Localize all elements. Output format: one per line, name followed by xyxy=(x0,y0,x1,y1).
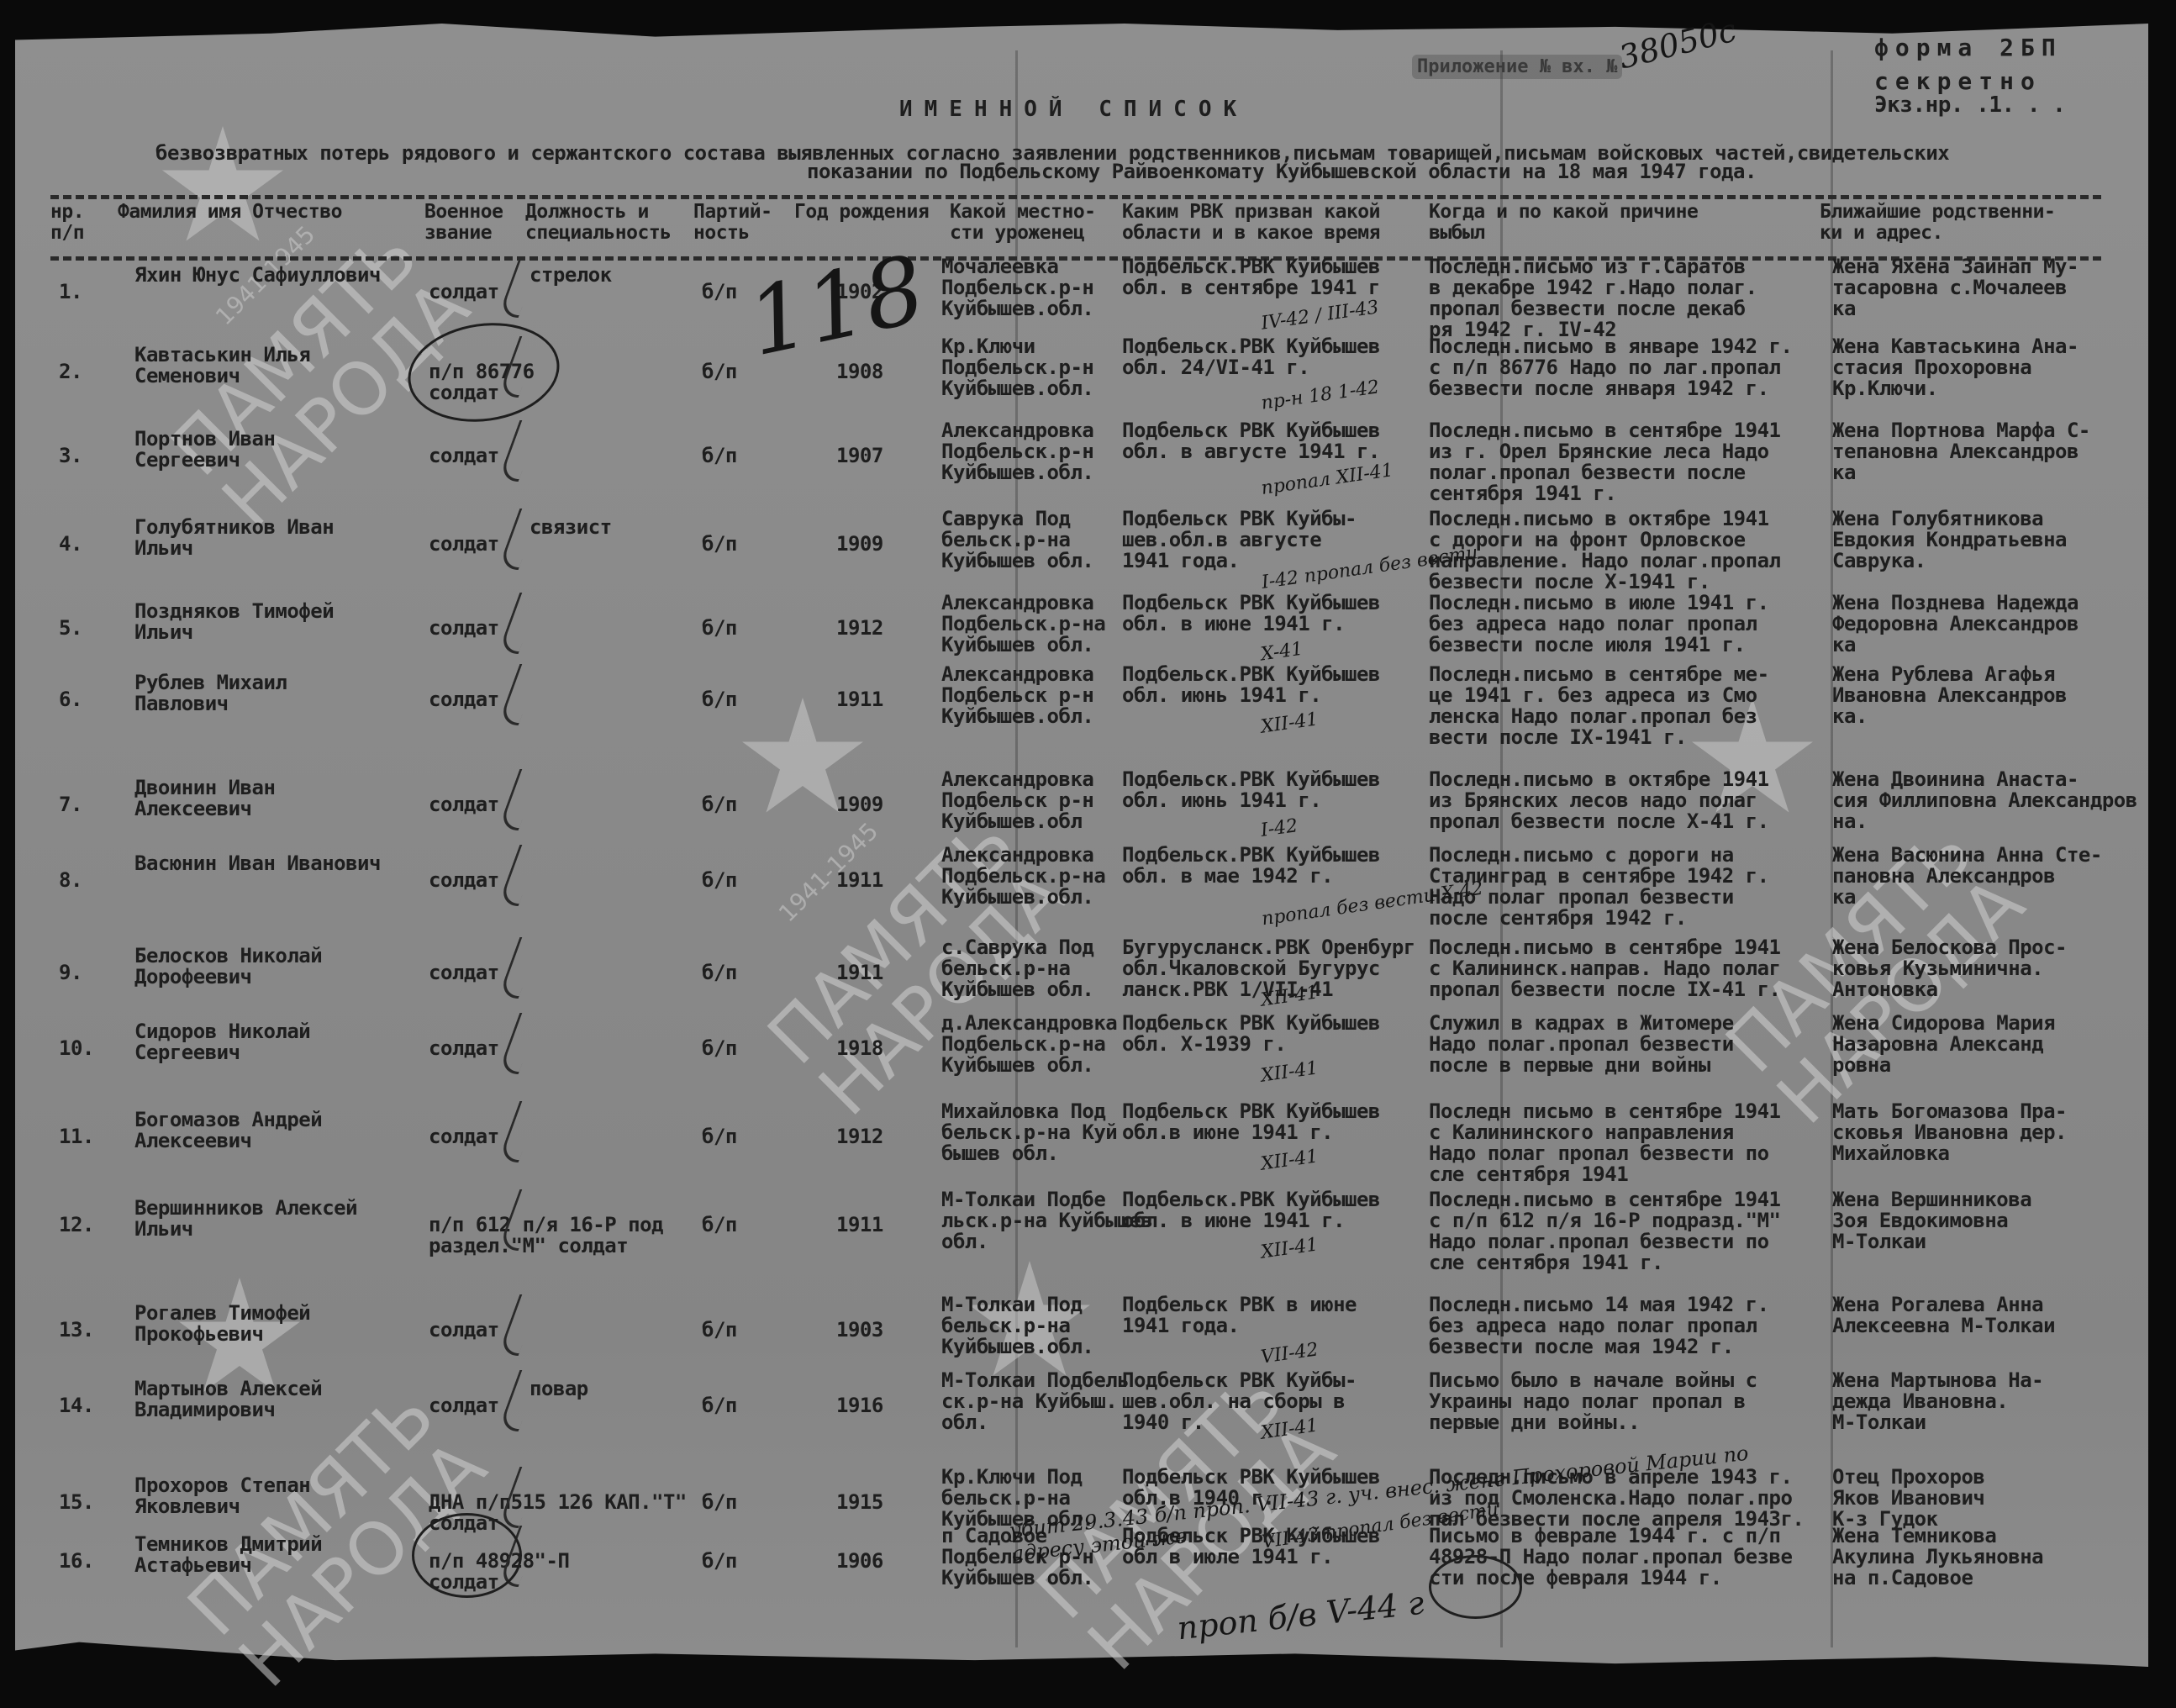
cell-birth-year: 1911 xyxy=(836,1215,883,1236)
cell-rank: солдат xyxy=(429,282,499,303)
cell-no: 11. xyxy=(59,1126,94,1147)
cell-name: Прохоров Степан Яковлевич xyxy=(134,1475,310,1517)
cell-relatives: Отец Прохоров Яков Иванович К-з Гудок xyxy=(1832,1467,1984,1530)
cell-no: 7. xyxy=(59,794,82,815)
column-header-reason: Когда и по какой причине выбыл xyxy=(1429,202,1698,244)
cell-relatives: Жена Голубятникова Евдокия Кондратьевна … xyxy=(1832,509,2067,572)
cell-drafted: Подбельск.РВК Куйбышев обл. в мае 1942 г… xyxy=(1122,845,1380,887)
column-header-party: Партий- ность xyxy=(693,202,772,244)
cell-party: б/п xyxy=(702,618,737,639)
cell-no: 9. xyxy=(59,962,82,983)
cell-birthplace: Александровка Подбельск р-н Куйбышев.обл… xyxy=(941,664,1093,727)
cell-birth-year: 1912 xyxy=(836,618,883,639)
header-rule-top xyxy=(50,195,2101,199)
cell-no: 6. xyxy=(59,689,82,710)
cell-birthplace: Александровка Подбельск.р-на Куйбышев.об… xyxy=(941,845,1105,908)
cell-rank: солдат xyxy=(429,1395,499,1416)
cell-no: 13. xyxy=(59,1320,94,1341)
cell-name: Двоинин Иван Алексеевич xyxy=(134,778,275,820)
cell-reason: Последн.письмо в сентябре ме- це 1941 г.… xyxy=(1429,664,1769,748)
cell-drafted: Подбельск РВК в июне 1941 года. xyxy=(1122,1294,1357,1336)
column-header-position: Должность и специальность xyxy=(525,202,672,244)
cell-drafted: Подбельск РВК Куйбышев обл. в августе 19… xyxy=(1122,420,1380,462)
column-header-rank: Военное звание xyxy=(424,202,503,244)
cell-name: Кавтаськин Илья Семенович xyxy=(134,345,310,387)
cell-relatives: Жена Вершинникова Зоя Евдокимовна М-Толк… xyxy=(1832,1189,2031,1252)
cell-rank: солдат xyxy=(429,1126,499,1147)
column-header-birth-year: Год рождения xyxy=(794,202,929,223)
cell-reason: Последн.письмо в июле 1941 г. без адреса… xyxy=(1429,593,1769,656)
cell-name: Белосков Николай Дорофеевич xyxy=(134,946,322,988)
cell-drafted: Подбельск РВК Куйбы- шев.обл. на сборы в… xyxy=(1122,1370,1357,1433)
cell-birth-year: 1911 xyxy=(836,962,883,983)
cell-relatives: Жена Белоскова Прос- ковья Кузьминична. … xyxy=(1832,937,2067,1000)
column-header-name: Фамилия имя Отчество xyxy=(118,202,342,223)
cell-birthplace: Михайловка Под бельск.р-на Куй бышев обл… xyxy=(941,1101,1117,1164)
cell-no: 10. xyxy=(59,1038,94,1059)
cell-rank: солдат xyxy=(429,1320,499,1341)
cell-party: б/п xyxy=(702,689,737,710)
cell-no: 15. xyxy=(59,1492,94,1513)
cell-birthplace: Мочалеевка Подбельск.р-н Куйбышев.обл. xyxy=(941,256,1093,319)
cell-drafted: Подбельск.РВК Куйбышев обл. июнь 1941 г. xyxy=(1122,664,1380,706)
cell-birthplace: Александровка Подбельск.р-н Куйбышев.обл… xyxy=(941,420,1093,483)
cell-reason: Последн.письмо в январе 1942 г. с п/п 86… xyxy=(1429,336,1792,399)
cell-position: связист xyxy=(530,517,612,538)
cell-reason: Последн письмо в сентябре 1941 с Калинин… xyxy=(1429,1101,1780,1185)
cell-no: 5. xyxy=(59,618,82,639)
cell-name: Рогалев Тимофей Прокофьевич xyxy=(134,1303,310,1345)
cell-birthplace: Кр.Ключи Подбельск.р-н Куйбышев.обл. xyxy=(941,336,1093,399)
cell-relatives: Жена Темникова Акулина Лукьяновна на п.С… xyxy=(1832,1526,2043,1589)
cell-drafted: Подбельск РВК Куйбышев обл. X-1939 г. xyxy=(1122,1013,1380,1055)
cell-rank: солдат xyxy=(429,962,499,983)
cell-birth-year: 1903 xyxy=(836,1320,883,1341)
document-title: ИМЕННОЙ СПИСОК xyxy=(899,97,1248,122)
cell-position: повар xyxy=(530,1379,588,1400)
cell-birth-year: 1907 xyxy=(836,445,883,467)
cell-rank: солдат xyxy=(429,689,499,710)
cell-rank: солдат xyxy=(429,445,499,467)
cell-name: Яхин Юнус Сафиуллович xyxy=(134,265,381,286)
cell-relatives: Жена Васюнина Анна Сте- пановна Александ… xyxy=(1832,845,2102,908)
cell-reason: Служил в кадрах в Житомере Надо полаг.пр… xyxy=(1429,1013,1734,1076)
cell-no: 12. xyxy=(59,1215,94,1236)
cell-name: Васюнин Иван Иванович xyxy=(134,853,381,874)
cell-rank: солдат xyxy=(429,794,499,815)
cell-rank: солдат xyxy=(429,870,499,891)
column-header-drafted: Каким РВК призван какой области и в како… xyxy=(1122,202,1380,244)
cell-party: б/п xyxy=(702,870,737,891)
cell-name: Поздняков Тимофей Ильич xyxy=(134,601,334,643)
cell-reason: Последн.письмо в сентябре 1941 из г. Оре… xyxy=(1429,420,1780,504)
cell-party: б/п xyxy=(702,1215,737,1236)
cell-drafted: Подбельск.РВК Куйбышев обл. в сентябре 1… xyxy=(1122,256,1380,298)
cell-party: б/п xyxy=(702,1126,737,1147)
cell-birthplace: Саврука Под бельск.р-на Куйбышев обл. xyxy=(941,509,1093,572)
cell-birth-year: 1906 xyxy=(836,1551,883,1572)
cell-relatives: Жена Рублева Агафья Ивановна Александров… xyxy=(1832,664,2067,727)
cell-birthplace: М-Толкаи Под бельск.р-на Куйбышев.обл. xyxy=(941,1294,1093,1357)
cell-name: Сидоров Николай Сергеевич xyxy=(134,1021,310,1063)
cell-birthplace: М-Толкаи Подбель ск.р-на Куйбыш. обл. xyxy=(941,1370,1129,1433)
cell-reason: Последн.письмо 14 мая 1942 г. без адреса… xyxy=(1429,1294,1769,1357)
cell-party: б/п xyxy=(702,1320,737,1341)
cell-reason: Последн.письмо в октябре 1941 с дороги н… xyxy=(1429,509,1780,593)
cell-reason: Последн.письмо в октябре 1941 из Брянски… xyxy=(1429,769,1769,832)
secret-label: секретно xyxy=(1874,67,2042,95)
cell-birth-year: 1911 xyxy=(836,870,883,891)
cell-party: б/п xyxy=(702,361,737,382)
cell-relatives: Жена Кавтаськина Ана- стасия Прохоровна … xyxy=(1832,336,2079,399)
cell-party: б/п xyxy=(702,445,737,467)
cell-birthplace: Александровка Подбельск р-н Куйбышев.обл xyxy=(941,769,1093,832)
cell-reason: Последн.письмо в сентябре 1941 с п/п 612… xyxy=(1429,1189,1780,1273)
cell-birth-year: 1912 xyxy=(836,1126,883,1147)
cell-rank: солдат xyxy=(429,534,499,555)
circled-mark xyxy=(1429,1555,1522,1619)
cell-no: 3. xyxy=(59,445,82,467)
cell-no: 8. xyxy=(59,870,82,891)
cell-party: б/п xyxy=(702,534,737,555)
cell-birth-year: 1908 xyxy=(836,361,883,382)
form-number: форма 2БП xyxy=(1874,34,2063,61)
cell-birth-year: 1911 xyxy=(836,689,883,710)
document-subtitle-2: показании по Подбельскому Райвоенкомату … xyxy=(807,160,1757,183)
cell-name: Богомазов Андрей Алексеевич xyxy=(134,1110,322,1152)
cell-birth-year: 1915 xyxy=(836,1492,883,1513)
cell-relatives: Жена Яхена Заинап Му- тасаровна с.Мочале… xyxy=(1832,256,2079,319)
cell-birth-year: 1916 xyxy=(836,1395,883,1416)
cell-birthplace: М-Толкаи Подбе льск.р-на Куйбышев обл. xyxy=(941,1189,1152,1252)
cell-reason: Последн.письмо из г.Саратов в декабре 19… xyxy=(1429,256,1757,340)
cell-relatives: Мать Богомазова Пра- сковья Ивановна дер… xyxy=(1832,1101,2067,1164)
cell-relatives: Жена Портнова Марфа С- тепановна Алексан… xyxy=(1832,420,2090,483)
cell-party: б/п xyxy=(702,1038,737,1059)
cell-no: 14. xyxy=(59,1395,94,1416)
cell-name: Вершинников Алексей Ильич xyxy=(134,1198,357,1240)
cell-no: 1. xyxy=(59,282,82,303)
cell-drafted: Подбельск.РВК Куйбышев обл. в июне 1941 … xyxy=(1122,1189,1380,1231)
cell-party: б/п xyxy=(702,282,737,303)
cell-birth-year: 1909 xyxy=(836,794,883,815)
cell-drafted: Подбельск РВК Куйбы- шев.обл.в августе 1… xyxy=(1122,509,1357,572)
archive-stamp: Приложение № вх. № xyxy=(1412,55,1622,79)
cell-name: Мартынов Алексей Владимирович xyxy=(134,1379,322,1421)
column-header-no: нр. п/п xyxy=(50,202,84,244)
cell-no: 4. xyxy=(59,534,82,555)
cell-birthplace: с.Саврука Под бельск.р-на Куйбышев обл. xyxy=(941,937,1093,1000)
cell-birthplace: Александровка Подбельск.р-на Куйбышев об… xyxy=(941,593,1105,656)
cell-party: б/п xyxy=(702,1551,737,1572)
cell-relatives: Жена Рогалева Анна Алексеевна М-Толкаи xyxy=(1832,1294,2055,1336)
cell-rank: п/п 612 п/я 16-Р под раздел."М" солдат xyxy=(429,1215,663,1257)
cell-relatives: Жена Сидорова Мария Назаровна Александ р… xyxy=(1832,1013,2055,1076)
cell-drafted: Подбельск РВК Куйбышев обл.в июне 1941 г… xyxy=(1122,1101,1380,1143)
cell-birthplace: д.Александровка Подбельск.р-на Куйбышев … xyxy=(941,1013,1117,1076)
cell-relatives: Жена Позднева Надежда Федоровна Александ… xyxy=(1832,593,2079,656)
cell-drafted: Подбельск РВК Куйбышев обл. в июне 1941 … xyxy=(1122,593,1380,635)
cell-name: Темников Дмитрий Астафьевич xyxy=(134,1534,322,1576)
cell-birth-year: 1918 xyxy=(836,1038,883,1059)
cell-reason: Последн.письмо в сентябре 1941 с Калинин… xyxy=(1429,937,1780,1000)
cell-no: 2. xyxy=(59,361,82,382)
cell-party: б/п xyxy=(702,962,737,983)
column-header-birthplace: Какой местно- сти уроженец xyxy=(950,202,1096,244)
cell-party: б/п xyxy=(702,1492,737,1513)
cell-relatives: Жена Мартынова На- дежда Ивановна. М-Тол… xyxy=(1832,1370,2043,1433)
cell-birth-year: 1909 xyxy=(836,534,883,555)
cell-party: б/п xyxy=(702,794,737,815)
cell-drafted: Подбельск.РВК Куйбышев обл. 24/VI-41 г. xyxy=(1122,336,1380,378)
cell-name: Портнов Иван Сергеевич xyxy=(134,429,275,471)
cell-no: 16. xyxy=(59,1551,94,1572)
cell-position: стрелок xyxy=(530,265,612,286)
cell-rank: солдат xyxy=(429,618,499,639)
copy-number: Экз.нр. .1. . . xyxy=(1874,92,2065,118)
cell-reason: Письмо было в начале войны с Украины над… xyxy=(1429,1370,1757,1433)
cell-rank: солдат xyxy=(429,1038,499,1059)
circled-mark xyxy=(412,1513,522,1598)
cell-party: б/п xyxy=(702,1395,737,1416)
cell-drafted: Подбельск.РВК Куйбышев обл. июнь 1941 г. xyxy=(1122,769,1380,811)
column-header-relatives: Ближайшие родственни- ки и адрес. xyxy=(1820,202,2055,244)
cell-name: Рублев Михаил Павлович xyxy=(134,672,287,714)
cell-relatives: Жена Двоинина Анаста- сия Филлиповна Але… xyxy=(1832,769,2137,832)
cell-name: Голубятников Иван Ильич xyxy=(134,517,334,559)
